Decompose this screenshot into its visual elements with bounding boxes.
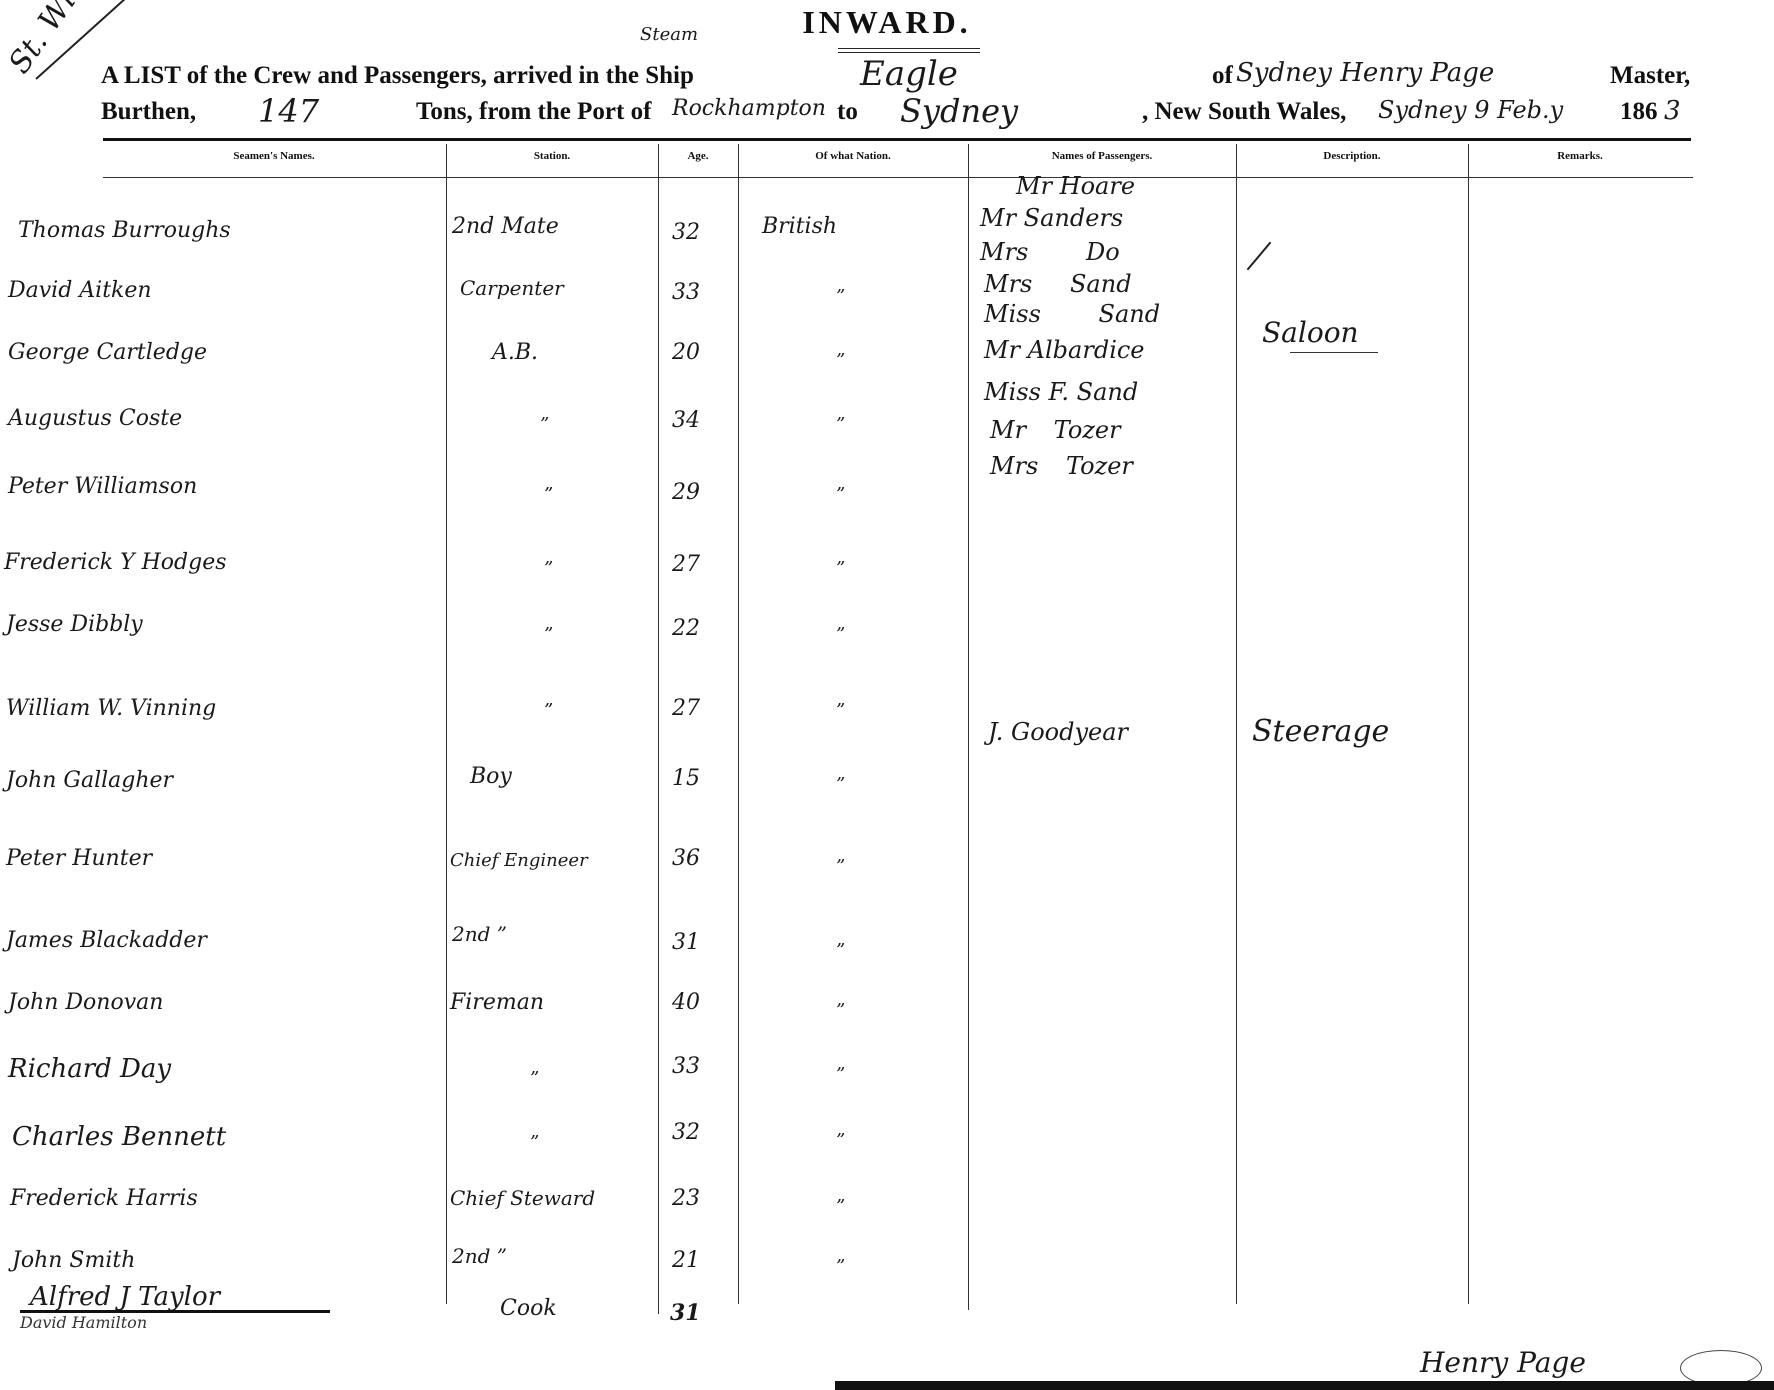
seaman-name: James Blackadder bbox=[6, 928, 207, 953]
description-saloon: Saloon bbox=[1262, 316, 1359, 349]
seaman-station: A.B. bbox=[492, 340, 538, 365]
seaman-age: 27 bbox=[672, 552, 700, 577]
col-remarks: Remarks. bbox=[1469, 150, 1691, 162]
col-station: Station. bbox=[447, 150, 657, 162]
master-label: Master, bbox=[1610, 62, 1690, 90]
nsw-label: , New South Wales, bbox=[1142, 98, 1346, 126]
from-port: Rockhampton bbox=[672, 96, 826, 121]
seaman-station: ” bbox=[544, 624, 553, 645]
seaman-station: Chief Engineer bbox=[450, 850, 588, 871]
seaman-age: 32 bbox=[672, 220, 700, 245]
seaman-age: 33 bbox=[672, 280, 700, 305]
seaman-age: 22 bbox=[672, 616, 700, 641]
passenger-name: Mrs Sand bbox=[984, 270, 1132, 298]
seaman-nation: ” bbox=[836, 856, 845, 877]
to-port: Sydney bbox=[900, 92, 1018, 130]
seaman-nation: ” bbox=[836, 414, 845, 435]
seaman-nation: British bbox=[762, 214, 837, 239]
home-port-and-master: Sydney Henry Page bbox=[1236, 58, 1494, 88]
seaman-name: John Gallagher bbox=[6, 768, 173, 793]
seaman-station: ” bbox=[544, 558, 553, 579]
seaman-name: George Cartledge bbox=[8, 340, 207, 365]
ship-type-annotation: Steam bbox=[640, 24, 698, 45]
seaman-nation: ” bbox=[836, 350, 845, 371]
seaman-station: Chief Steward bbox=[450, 1186, 595, 1210]
passenger-name: Mr Hoare bbox=[1016, 172, 1135, 200]
burthen-value: 147 bbox=[258, 92, 319, 130]
seaman-name: John Smith bbox=[12, 1248, 135, 1273]
seaman-name: Jesse Dibbly bbox=[6, 612, 143, 637]
master-signature: Henry Page bbox=[1420, 1346, 1586, 1379]
seaman-nation: ” bbox=[836, 1196, 845, 1217]
col-divider bbox=[658, 144, 659, 1314]
seaman-nation: ” bbox=[836, 940, 845, 961]
seaman-age: 31 bbox=[672, 930, 700, 955]
passenger-name: Mrs Do bbox=[980, 238, 1120, 266]
passenger-name: Miss Sand bbox=[984, 300, 1160, 328]
seaman-name: Frederick Harris bbox=[10, 1186, 198, 1211]
col-description: Description. bbox=[1237, 150, 1467, 162]
seaman-age: 29 bbox=[672, 480, 700, 505]
seaman-name: Frederick Y Hodges bbox=[4, 550, 227, 575]
of-label: of bbox=[1212, 62, 1233, 90]
year-printed: 186 bbox=[1620, 98, 1658, 126]
title-underline-2 bbox=[838, 52, 980, 53]
seaman-station: Fireman bbox=[450, 990, 544, 1015]
seaman-station: ” bbox=[544, 484, 553, 505]
seaman-station: Boy bbox=[470, 764, 512, 789]
struck-seaman-name: David Hamilton bbox=[20, 1310, 330, 1332]
seaman-station: Carpenter bbox=[460, 276, 564, 300]
seaman-age: 36 bbox=[672, 846, 700, 871]
seaman-station: ” bbox=[530, 1068, 539, 1089]
seaman-name: David Aitken bbox=[8, 278, 152, 303]
passenger-name: Mrs Tozer bbox=[990, 452, 1133, 480]
seaman-nation: ” bbox=[836, 1064, 845, 1085]
seaman-station: ” bbox=[544, 700, 553, 721]
seaman-name: Charles Bennett bbox=[12, 1122, 226, 1152]
seaman-age: 40 bbox=[672, 990, 700, 1015]
year-handwritten: 3 bbox=[1664, 96, 1681, 126]
page-title: INWARD. bbox=[0, 4, 1774, 41]
seaman-name: William W. Vinning bbox=[6, 696, 216, 721]
seaman-nation: ” bbox=[836, 1130, 845, 1151]
seaman-name: Peter Hunter bbox=[6, 846, 152, 871]
col-divider bbox=[1236, 144, 1237, 1304]
seaman-age: 32 bbox=[672, 1120, 700, 1145]
arrival-date: Sydney 9 Feb.y bbox=[1378, 96, 1563, 124]
seaman-age: 23 bbox=[672, 1186, 700, 1211]
tons-label: Tons, from the Port of bbox=[416, 98, 651, 126]
seaman-age: 15 bbox=[672, 766, 700, 791]
passenger-name: J. Goodyear bbox=[988, 718, 1128, 746]
seaman-nation: ” bbox=[836, 700, 845, 721]
seaman-name: Richard Day bbox=[8, 1054, 171, 1084]
col-seamens-names: Seamen's Names. bbox=[103, 150, 445, 162]
seaman-age: 31 bbox=[670, 1300, 701, 1326]
seaman-age: 33 bbox=[672, 1054, 700, 1079]
col-divider bbox=[968, 144, 969, 1310]
seaman-nation: ” bbox=[836, 624, 845, 645]
brace-mark bbox=[1247, 242, 1272, 271]
seaman-age: 27 bbox=[672, 696, 700, 721]
seaman-station: ” bbox=[530, 1132, 539, 1153]
seaman-nation: ” bbox=[836, 1256, 845, 1277]
seaman-age: 34 bbox=[672, 408, 700, 433]
seaman-nation: ” bbox=[836, 286, 845, 307]
seaman-name: Augustus Coste bbox=[8, 406, 182, 431]
seaman-station: ” bbox=[540, 414, 549, 435]
seaman-station: 2nd ” bbox=[452, 1244, 507, 1268]
col-passenger-names: Names of Passengers. bbox=[969, 150, 1235, 162]
burthen-label: Burthen, bbox=[101, 98, 196, 126]
col-age: Age. bbox=[659, 150, 737, 162]
seaman-name: Peter Williamson bbox=[8, 474, 197, 499]
to-label: to bbox=[837, 98, 858, 126]
ship-name: Eagle bbox=[860, 54, 958, 94]
description-steerage: Steerage bbox=[1252, 714, 1389, 749]
passenger-name: Miss F. Sand bbox=[984, 378, 1138, 406]
seaman-age: 21 bbox=[672, 1248, 700, 1273]
seaman-name: John Donovan bbox=[8, 990, 163, 1015]
seaman-station: 2nd Mate bbox=[452, 214, 559, 239]
seaman-age: 20 bbox=[672, 340, 700, 365]
seaman-name: Alfred J Taylor bbox=[30, 1282, 220, 1312]
col-divider bbox=[738, 144, 739, 1304]
header-rule bbox=[103, 138, 1691, 141]
col-divider bbox=[446, 144, 447, 1304]
column-header-rule bbox=[103, 177, 1693, 178]
passenger-name: Mr Tozer bbox=[990, 416, 1121, 444]
list-heading: A LIST of the Crew and Passengers, arriv… bbox=[101, 62, 694, 90]
seaman-name: Thomas Burroughs bbox=[18, 218, 231, 243]
seaman-nation: ” bbox=[836, 774, 845, 795]
col-nation: Of what Nation. bbox=[739, 150, 967, 162]
seaman-nation: ” bbox=[836, 1000, 845, 1021]
seaman-station: 2nd ” bbox=[452, 922, 507, 946]
passenger-name: Mr Sanders bbox=[980, 204, 1123, 232]
col-divider bbox=[1468, 144, 1469, 1304]
title-underline bbox=[838, 48, 980, 49]
bottom-rule bbox=[835, 1381, 1774, 1390]
seaman-nation: ” bbox=[836, 558, 845, 579]
seaman-station: Cook bbox=[500, 1296, 557, 1321]
seaman-nation: ” bbox=[836, 484, 845, 505]
passenger-name: Mr Albardice bbox=[984, 336, 1145, 364]
saloon-underline bbox=[1290, 352, 1378, 353]
